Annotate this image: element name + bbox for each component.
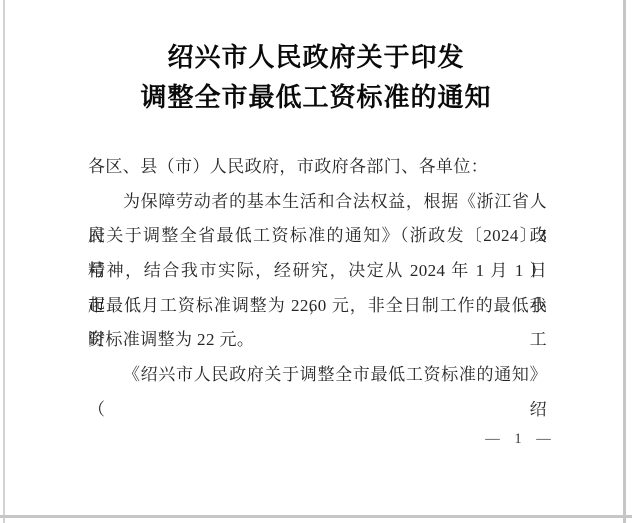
- scan-edge-bottom: [0, 515, 632, 518]
- body-line: 精神，结合我市实际，经研究，决定从 2024 年 1 月 1 日起，我: [88, 254, 547, 289]
- body-line: 《绍兴市人民政府关于调整全市最低工资标准的通知》（绍: [88, 358, 547, 393]
- page-number: — 1 —: [458, 430, 578, 448]
- body-line: 府关于调整全省最低工资标准的通知》（浙政发〔2024〕3 号）: [88, 219, 547, 254]
- document-title-line-1: 绍兴市人民政府关于印发: [0, 38, 632, 78]
- document-body: 各区、县（市）人民政府，市政府各部门、各单位： 为保障劳动者的基本生活和合法权益…: [88, 150, 547, 393]
- body-line-salutation: 各区、县（市）人民政府，市政府各部门、各单位：: [88, 150, 547, 185]
- body-line: 为保障劳动者的基本生活和合法权益，根据《浙江省人民政: [88, 185, 547, 220]
- body-line: 市最低月工资标准调整为 2260 元，非全日制工作的最低小时工: [88, 289, 547, 324]
- document-title: 绍兴市人民政府关于印发 调整全市最低工资标准的通知: [0, 38, 632, 118]
- document-page: 绍兴市人民政府关于印发 调整全市最低工资标准的通知 各区、县（市）人民政府，市政…: [0, 0, 632, 523]
- document-title-line-2: 调整全市最低工资标准的通知: [0, 78, 632, 118]
